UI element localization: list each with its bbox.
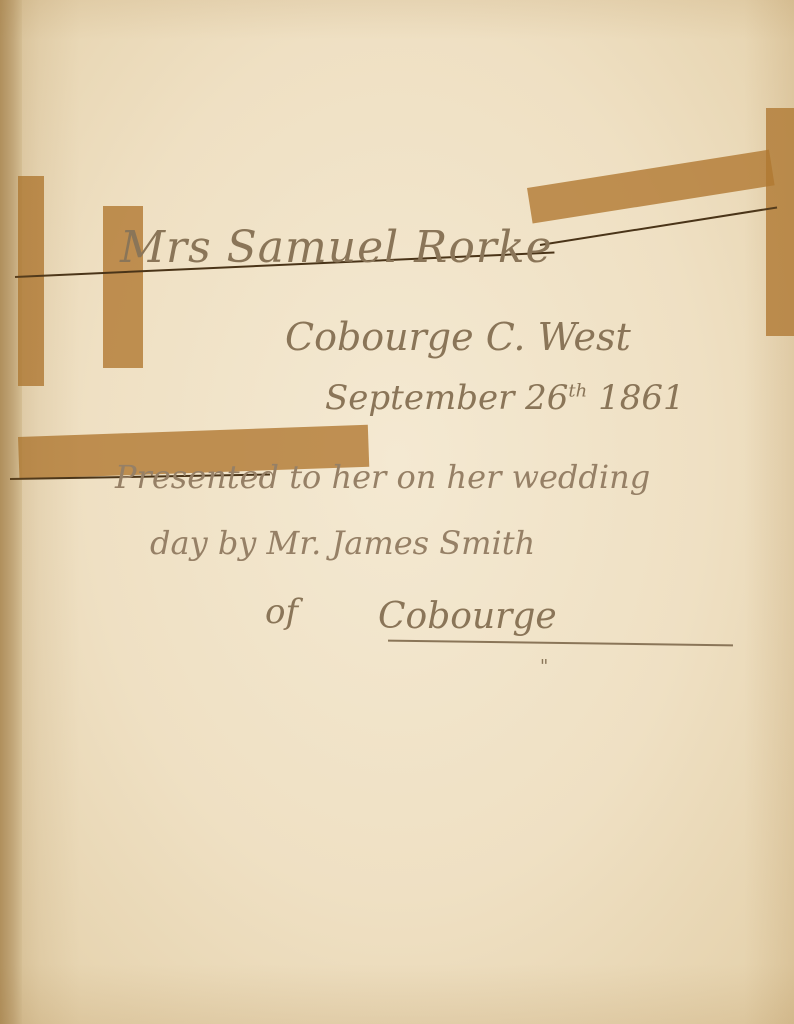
tape-strip [18,176,44,386]
origin-town: Cobourge [378,596,557,637]
book-spine-edge [0,0,22,1024]
place-line: Cobourge C. West [285,315,631,359]
presentation-line-1: Presented to her on her wedding [115,458,650,496]
tape-strip [766,108,794,336]
of-word: of [265,592,298,632]
date-year: 1861 [598,378,685,418]
flourish-underline [388,640,733,647]
ditto-mark: " [540,656,548,677]
date-suffix: th [568,381,587,402]
recipient-name: Mrs Samuel Rorke [120,222,553,273]
date-month-day: September 26 [325,378,568,418]
aged-paper-page: Mrs Samuel Rorke Cobourge C. West Septem… [0,0,794,1024]
presentation-line-2: day by Mr. James Smith [150,524,535,562]
date-line: September 26th 1861 [325,378,685,418]
